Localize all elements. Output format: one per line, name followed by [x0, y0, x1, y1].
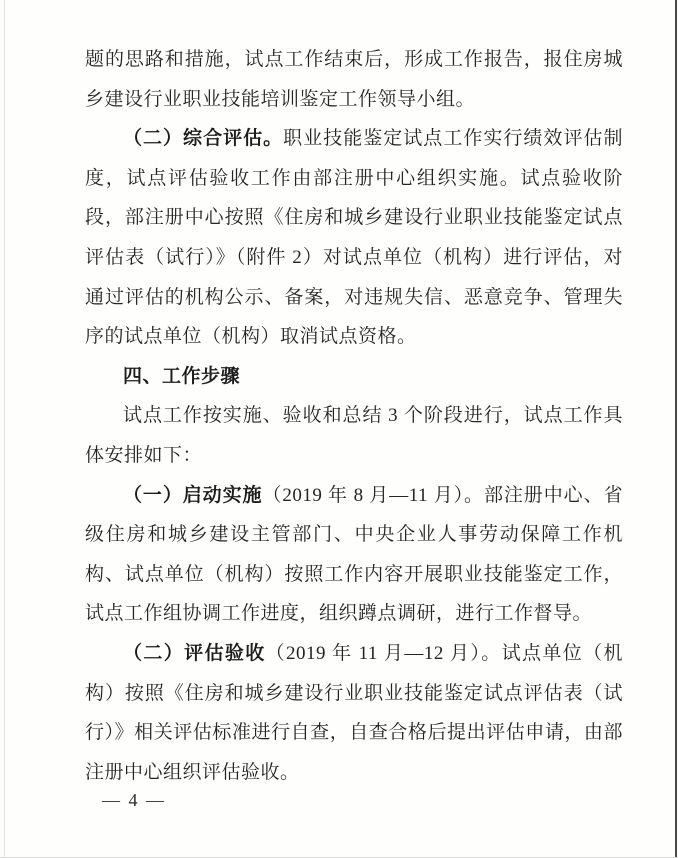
text-segment-bold: （二）综合评估。 [123, 128, 283, 149]
scanned-document-page: 题的思路和措施，试点工作结束后，形成工作报告，报住房城乡建设行业职业技能培训鉴定… [0, 0, 678, 858]
text-segment-bold: 四、工作步骤 [123, 366, 240, 387]
page-number: — 4 — [102, 790, 166, 811]
text-segment: 题的思路和措施，试点工作结束后，形成工作报告，报住房城乡建设行业职业技能培训鉴定… [85, 49, 623, 110]
paragraph: （二）综合评估。职业技能鉴定试点工作实行绩效评估制度，试点评估验收工作由部注册中… [85, 119, 623, 357]
paragraph: 试点工作按实施、验收和总结 3 个阶段进行，试点工作具体安排如下： [85, 396, 623, 475]
text-segment-bold: （一）启动实施 [123, 485, 262, 506]
paragraph: 题的思路和措施，试点工作结束后，形成工作报告，报住房城乡建设行业职业技能培训鉴定… [85, 40, 623, 119]
text-segment: 职业技能鉴定试点工作实行绩效评估制度，试点评估验收工作由部注册中心组织实施。试点… [85, 128, 623, 347]
text-segment-bold: （二）评估验收 [123, 643, 266, 664]
scan-edge-right [675, 0, 677, 858]
paragraph: （一）启动实施（2019 年 8 月—11 月）。部注册中心、省级住房和城乡建设… [85, 476, 623, 634]
section-heading: 四、工作步骤 [85, 357, 623, 397]
scan-edge-left [4, 0, 5, 858]
text-segment: 试点工作按实施、验收和总结 3 个阶段进行，试点工作具体安排如下： [85, 405, 623, 466]
paragraph: （二）评估验收（2019 年 11 月—12 月）。试点单位（机构）按照《住房和… [85, 634, 623, 792]
document-body: 题的思路和措施，试点工作结束后，形成工作报告，报住房城乡建设行业职业技能培训鉴定… [85, 40, 623, 792]
